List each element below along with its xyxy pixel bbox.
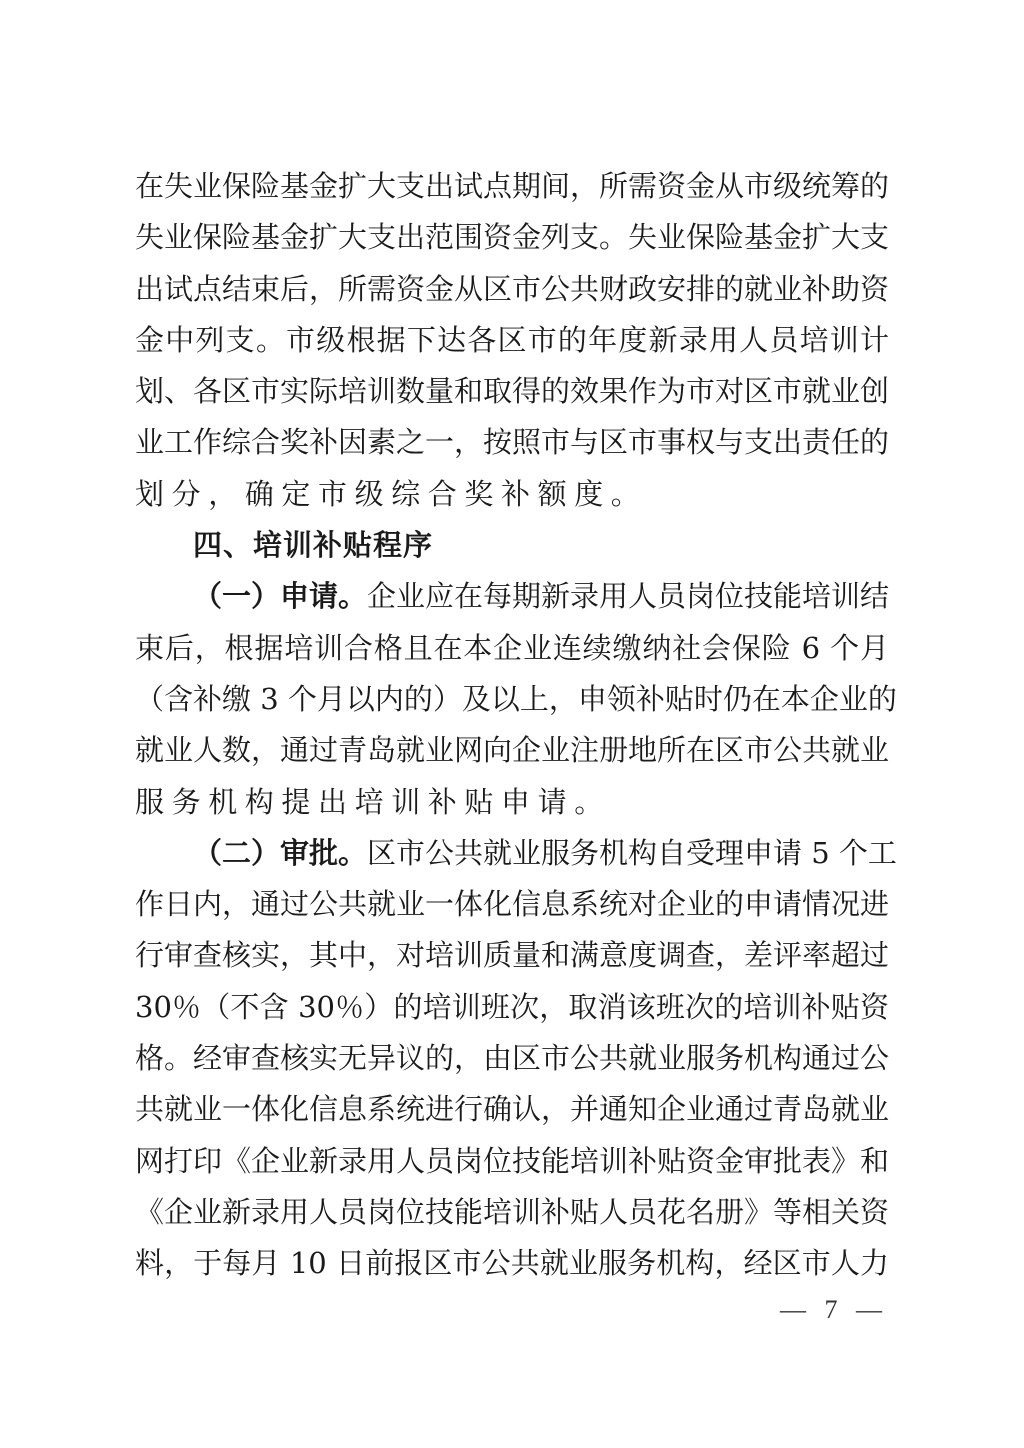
paragraph-line: 束后，根据培训合格且在本企业连续缴纳社会保险 6 个月 xyxy=(135,623,889,674)
section-heading: 四、培训补贴程序 xyxy=(135,520,889,571)
paragraph-line: 30％（不含 30％）的培训班次，取消该班次的培训补贴资 xyxy=(135,982,889,1033)
subsection-text: 区市公共就业服务机构自受理申请 5 个工 xyxy=(367,836,897,870)
paragraph-line: 料，于每月 10 日前报区市公共就业服务机构，经区市人力 xyxy=(135,1238,889,1289)
document-page: 在失业保险基金扩大支出试点期间，所需资金从市级统筹的 失业保险基金扩大支出范围资… xyxy=(0,0,1024,1448)
paragraph-line: 网打印《企业新录用人员岗位技能培训补贴资金审批表》和 xyxy=(135,1136,889,1187)
paragraph-line: 服务机构提出培训补贴申请。 xyxy=(135,777,889,828)
subsection-lead-apply: （一）申请。 xyxy=(193,579,367,613)
paragraph-line: 出试点结束后，所需资金从区市公共财政安排的就业补助资 xyxy=(135,264,889,315)
subsection-first-line: （一）申请。企业应在每期新录用人员岗位技能培训结 xyxy=(135,571,889,622)
paragraph-line: 行审查核实，其中，对培训质量和满意度调查，差评率超过 xyxy=(135,930,889,981)
paragraph-line: 金中列支。市级根据下达各区市的年度新录用人员培训计 xyxy=(135,315,889,366)
paragraph-line: 业工作综合奖补因素之一，按照市与区市事权与支出责任的 xyxy=(135,417,889,468)
document-body: 在失业保险基金扩大支出试点期间，所需资金从市级统筹的 失业保险基金扩大支出范围资… xyxy=(135,161,889,1290)
subsection-lead-approve: （二）审批。 xyxy=(193,836,367,870)
subsection-text: 企业应在每期新录用人员岗位技能培训结 xyxy=(367,579,889,613)
paragraph-line: 格。经审查核实无异议的，由区市公共就业服务机构通过公 xyxy=(135,1033,889,1084)
paragraph-line: 就业人数，通过青岛就业网向企业注册地所在区市公共就业 xyxy=(135,725,889,776)
page-number: — 7 — xyxy=(780,1292,880,1328)
paragraph-line: 《企业新录用人员岗位技能培训补贴人员花名册》等相关资 xyxy=(135,1187,889,1238)
paragraph-line: 失业保险基金扩大支出范围资金列支。失业保险基金扩大支 xyxy=(135,212,889,263)
paragraph-line: 作日内，通过公共就业一体化信息系统对企业的申请情况进 xyxy=(135,879,889,930)
paragraph-line: 划分，确定市级综合奖补额度。 xyxy=(135,469,889,520)
paragraph-line: 划、各区市实际培训数量和取得的效果作为市对区市就业创 xyxy=(135,366,889,417)
subsection-first-line: （二）审批。区市公共就业服务机构自受理申请 5 个工 xyxy=(135,828,889,879)
paragraph-line: 在失业保险基金扩大支出试点期间，所需资金从市级统筹的 xyxy=(135,161,889,212)
paragraph-line: 共就业一体化信息系统进行确认，并通知企业通过青岛就业 xyxy=(135,1084,889,1135)
paragraph-line: （含补缴 3 个月以内的）及以上，申领补贴时仍在本企业的 xyxy=(135,674,889,725)
